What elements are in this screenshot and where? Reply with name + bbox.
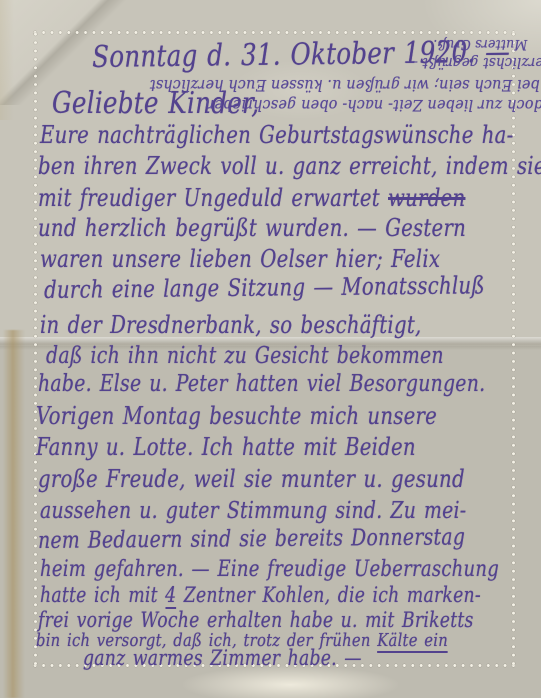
left-tan-edge: [3, 330, 25, 698]
line-text: ganz warmes Zimmer habe. —: [83, 646, 362, 670]
line-text: doch zur lieben Zeit- nach- oben geschri…: [205, 96, 541, 115]
body-line: ben ihren Zweck voll u. ganz erreicht, i…: [38, 152, 541, 180]
line-text: Zentner Kohlen, die ich marken-: [176, 583, 481, 607]
body-line: Vorigen Montag besuchte mich unsere: [36, 402, 437, 430]
underlined-word: 4: [165, 583, 176, 609]
struck-word: wurden: [388, 184, 465, 212]
perforation-left: [33, 30, 38, 668]
letter-photo: Sonntag d. 31. Oktober 1920. — Geliebte …: [0, 0, 541, 698]
line-text: daß ich ihn nicht zu Gesicht bekommen: [46, 343, 444, 369]
line-text: habe. Else u. Peter hatten viel Besorgun…: [38, 371, 485, 397]
body-line: Eure nachträglichen Geburtstagswünsche h…: [40, 121, 514, 149]
line-text: aussehen u. guter Stimmung sind. Zu mei-: [40, 498, 466, 524]
inverted-note: Mutters Gruß.: [433, 36, 527, 52]
line-text: Vorigen Montag besuchte mich unsere: [36, 402, 437, 430]
line-text: nem Bedauern sind sie bereits Donnerstag: [38, 524, 465, 554]
body-line: mit freudiger Ungeduld erwartet wurden: [38, 184, 465, 212]
body-line: habe. Else u. Peter hatten viel Besorgun…: [38, 371, 485, 397]
line-text: bei Euch sein; wir grüßen u. küssen Euch…: [150, 76, 540, 95]
body-line: hatte ich mit 4 Zentner Kohlen, die ich …: [40, 583, 481, 607]
line-text: frei vorige Woche erhalten habe u. mit B…: [38, 608, 474, 632]
line-text: Fanny u. Lotte. Ich hatte mit Beiden: [36, 433, 416, 461]
body-line: große Freude, weil sie munter u. gesund: [38, 465, 465, 493]
left-tan-edge-top: [0, 0, 14, 120]
inverted-note: doch zur lieben Zeit- nach- oben geschri…: [205, 96, 541, 115]
perforation-top: [31, 30, 515, 35]
line-text: in der Dresdnerbank, so beschäftigt,: [40, 311, 421, 339]
body-line: heim gefahren. — Eine freudige Ueberrasc…: [40, 557, 499, 582]
body-line: waren unsere lieben Oelser hier; Felix: [40, 245, 440, 273]
body-line: in der Dresdnerbank, so beschäftigt,: [40, 311, 421, 339]
line-text: herzlichst gegrüßt —: [404, 54, 541, 72]
line-text: waren unsere lieben Oelser hier; Felix: [40, 245, 440, 273]
line-text: ben ihren Zweck voll u. ganz erreicht, i…: [38, 152, 541, 180]
body-line: frei vorige Woche erhalten habe u. mit B…: [38, 608, 474, 632]
line-text: und herzlich begrüßt wurden. — Gestern: [38, 214, 466, 242]
inverted-note: bei Euch sein; wir grüßen u. küssen Euch…: [150, 76, 540, 95]
line-text: Mutters Gruß.: [433, 36, 527, 52]
body-line: durch eine lange Sitzung — Monatsschluß: [44, 271, 485, 304]
inverted-note: herzlichst gegrüßt —: [404, 54, 541, 72]
line-text: Eure nachträglichen Geburtstagswünsche h…: [40, 121, 514, 149]
body-line: aussehen u. guter Stimmung sind. Zu mei-: [40, 498, 466, 524]
body-line: und herzlich begrüßt wurden. — Gestern: [38, 214, 466, 242]
underlined-word: Kälte ein: [377, 630, 448, 653]
line-text: durch eine lange Sitzung — Monatsschluß: [44, 271, 485, 304]
line-text: mit freudiger Ungeduld erwartet: [38, 184, 388, 212]
bottom-smudge: [183, 666, 398, 698]
body-line: nem Bedauern sind sie bereits Donnerstag: [38, 524, 465, 554]
closing-line: ganz warmes Zimmer habe. —: [83, 646, 362, 670]
line-text: heim gefahren. — Eine freudige Ueberrasc…: [40, 557, 499, 582]
body-line: daß ich ihn nicht zu Gesicht bekommen: [46, 343, 444, 369]
line-text: große Freude, weil sie munter u. gesund: [38, 465, 465, 493]
line-text: hatte ich mit: [40, 583, 165, 607]
body-line: Fanny u. Lotte. Ich hatte mit Beiden: [36, 433, 416, 461]
